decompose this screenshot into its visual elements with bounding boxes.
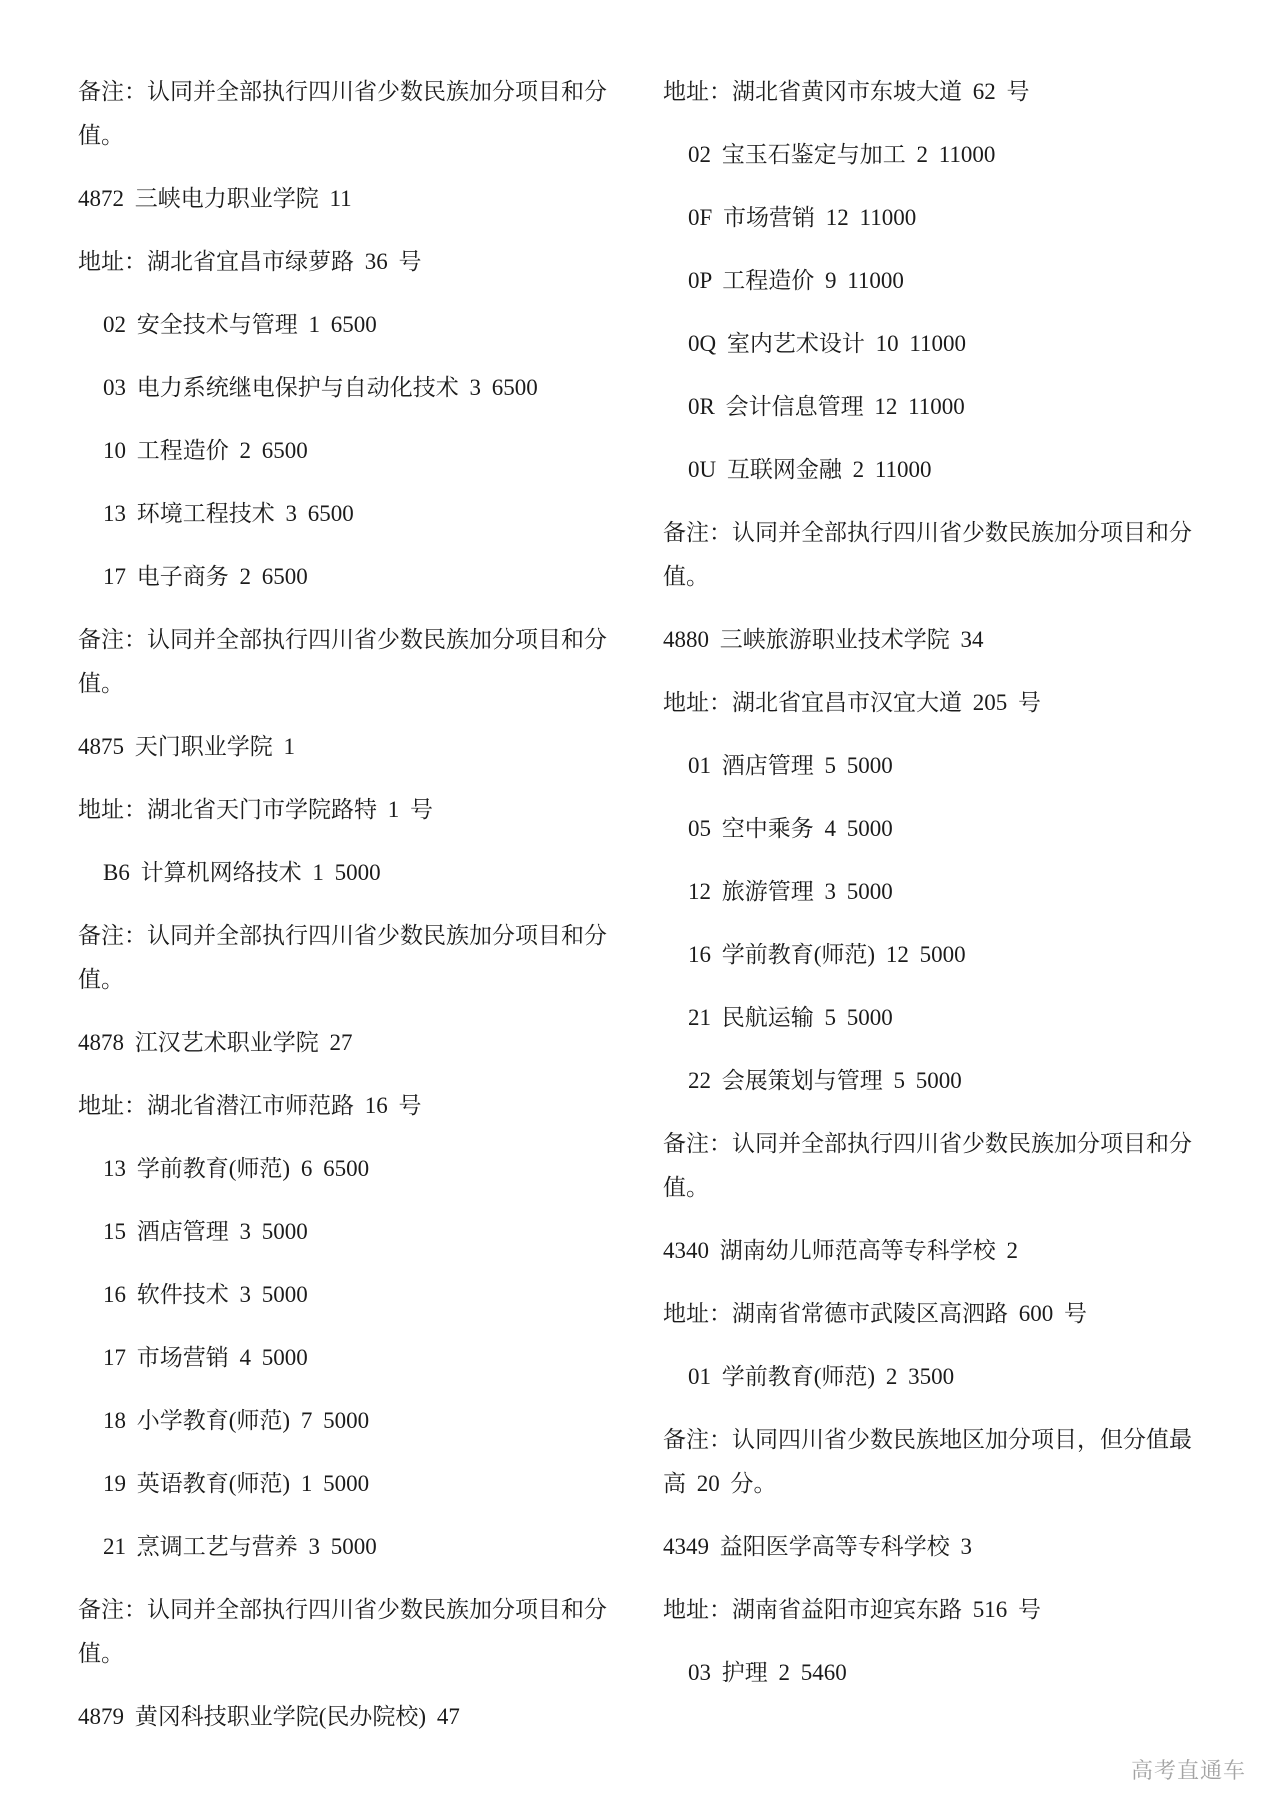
- address-line: 地址：湖南省常德市武陵区高泗路 600 号: [663, 1292, 1198, 1336]
- major-line: 22 会展策划与管理 5 5000: [663, 1059, 1198, 1103]
- major-line: 02 安全技术与管理 1 6500: [78, 303, 613, 347]
- major-line: 17 电子商务 2 6500: [78, 555, 613, 599]
- major-line: 21 民航运输 5 5000: [663, 996, 1198, 1040]
- remark-line: 备注：认同并全部执行四川省少数民族加分项目和分值。: [78, 618, 613, 706]
- major-line: 21 烹调工艺与营养 3 5000: [78, 1525, 613, 1569]
- major-line: 0P 工程造价 9 11000: [663, 259, 1198, 303]
- major-line: 03 护理 2 5460: [663, 1651, 1198, 1695]
- major-line: 13 学前教育(师范) 6 6500: [78, 1147, 613, 1191]
- address-line: 地址：湖北省宜昌市绿萝路 36 号: [78, 240, 613, 284]
- major-line: 13 环境工程技术 3 6500: [78, 492, 613, 536]
- major-line: 0Q 室内艺术设计 10 11000: [663, 322, 1198, 366]
- address-line: 地址：湖北省天门市学院路特 1 号: [78, 788, 613, 832]
- two-column-text-body: 备注：认同并全部执行四川省少数民族加分项目和分值。4872 三峡电力职业学院 1…: [0, 0, 1280, 1758]
- school-line: 4872 三峡电力职业学院 11: [78, 177, 613, 221]
- remark-line: 备注：认同并全部执行四川省少数民族加分项目和分值。: [663, 511, 1198, 599]
- text-column-right: 地址：湖北省黄冈市东坡大道 62 号02 宝玉石鉴定与加工 2 110000F …: [663, 70, 1198, 1758]
- address-line: 地址：湖北省宜昌市汉宜大道 205 号: [663, 681, 1198, 725]
- school-line: 4875 天门职业学院 1: [78, 725, 613, 769]
- school-line: 4878 江汉艺术职业学院 27: [78, 1021, 613, 1065]
- remark-line: 备注：认同并全部执行四川省少数民族加分项目和分值。: [78, 914, 613, 1002]
- major-line: 18 小学教育(师范) 7 5000: [78, 1399, 613, 1443]
- remark-line: 备注：认同四川省少数民族地区加分项目，但分值最高 20 分。: [663, 1418, 1198, 1506]
- document-page: 备注：认同并全部执行四川省少数民族加分项目和分值。4872 三峡电力职业学院 1…: [0, 0, 1280, 1810]
- major-line: 0U 互联网金融 2 11000: [663, 448, 1198, 492]
- school-line: 4340 湖南幼儿师范高等专科学校 2: [663, 1229, 1198, 1273]
- major-line: 03 电力系统继电保护与自动化技术 3 6500: [78, 366, 613, 410]
- major-line: 10 工程造价 2 6500: [78, 429, 613, 473]
- major-line: 16 软件技术 3 5000: [78, 1273, 613, 1317]
- major-line: 15 酒店管理 3 5000: [78, 1210, 613, 1254]
- text-column-left: 备注：认同并全部执行四川省少数民族加分项目和分值。4872 三峡电力职业学院 1…: [78, 70, 613, 1758]
- major-line: 0R 会计信息管理 12 11000: [663, 385, 1198, 429]
- school-line: 4349 益阳医学高等专科学校 3: [663, 1525, 1198, 1569]
- major-line: 17 市场营销 4 5000: [78, 1336, 613, 1380]
- address-line: 地址：湖北省潜江市师范路 16 号: [78, 1084, 613, 1128]
- major-line: 02 宝玉石鉴定与加工 2 11000: [663, 133, 1198, 177]
- remark-line: 备注：认同并全部执行四川省少数民族加分项目和分值。: [663, 1122, 1198, 1210]
- major-line: B6 计算机网络技术 1 5000: [78, 851, 613, 895]
- watermark: 高考直通车: [1131, 1758, 1246, 1784]
- major-line: 0F 市场营销 12 11000: [663, 196, 1198, 240]
- major-line: 01 酒店管理 5 5000: [663, 744, 1198, 788]
- major-line: 01 学前教育(师范) 2 3500: [663, 1355, 1198, 1399]
- school-line: 4879 黄冈科技职业学院(民办院校) 47: [78, 1695, 613, 1739]
- remark-line: 备注：认同并全部执行四川省少数民族加分项目和分值。: [78, 70, 613, 158]
- address-line: 地址：湖北省黄冈市东坡大道 62 号: [663, 70, 1198, 114]
- remark-line: 备注：认同并全部执行四川省少数民族加分项目和分值。: [78, 1588, 613, 1676]
- address-line: 地址：湖南省益阳市迎宾东路 516 号: [663, 1588, 1198, 1632]
- major-line: 16 学前教育(师范) 12 5000: [663, 933, 1198, 977]
- major-line: 19 英语教育(师范) 1 5000: [78, 1462, 613, 1506]
- major-line: 05 空中乘务 4 5000: [663, 807, 1198, 851]
- major-line: 12 旅游管理 3 5000: [663, 870, 1198, 914]
- school-line: 4880 三峡旅游职业技术学院 34: [663, 618, 1198, 662]
